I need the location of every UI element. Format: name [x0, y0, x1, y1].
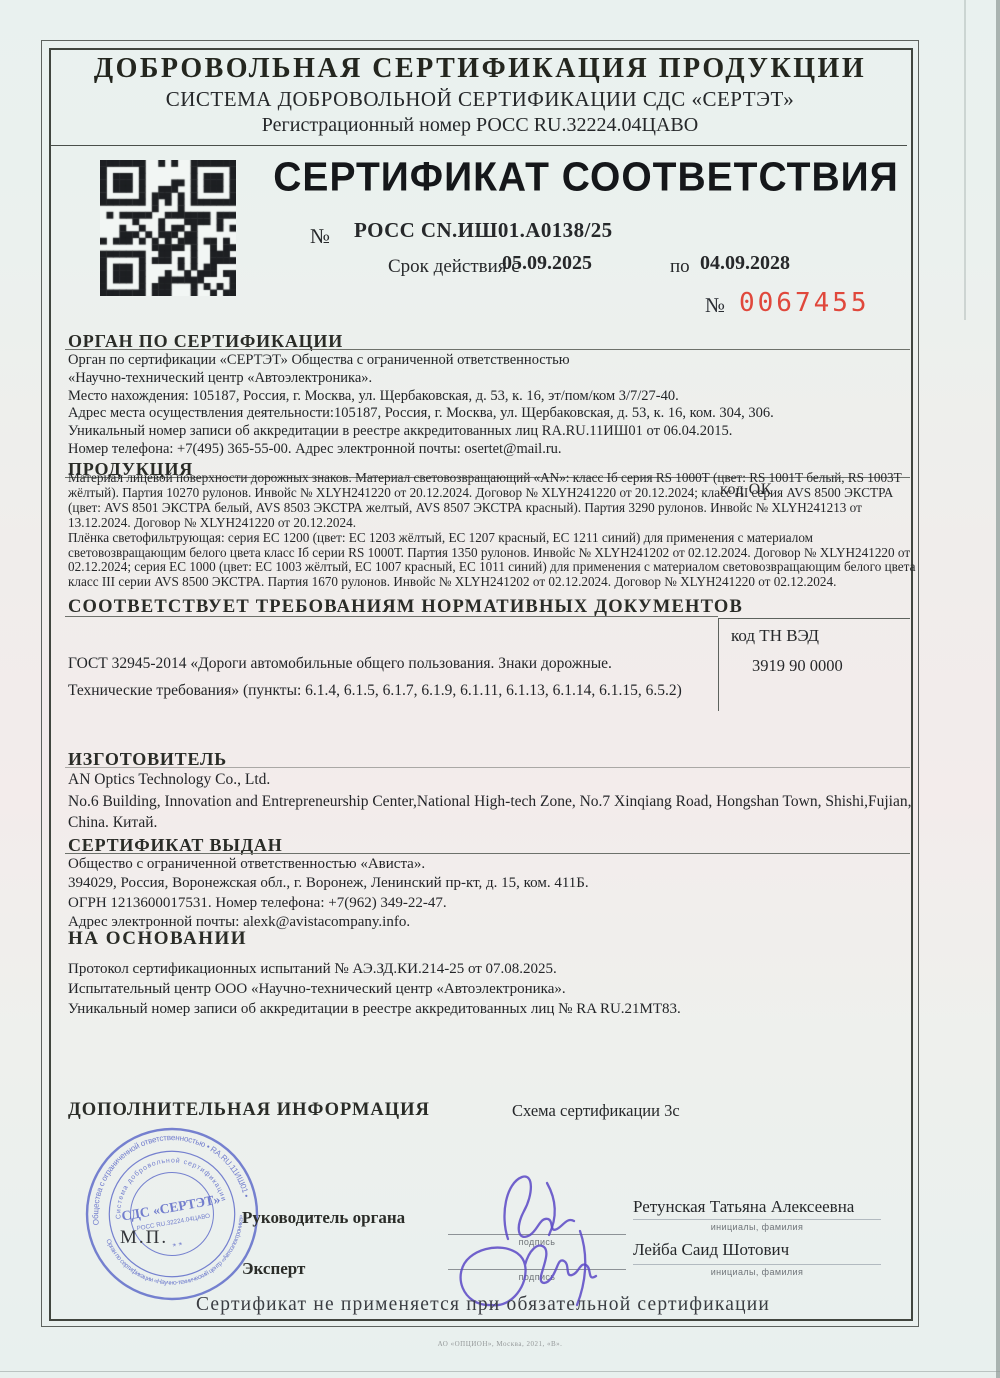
- certificate-page: ДОБРОВОЛЬНАЯ СЕРТИФИКАЦИЯ ПРОДУКЦИИ СИСТ…: [0, 0, 1000, 1378]
- system-subtitle: СИСТЕМА ДОБРОВОЛЬНОЙ СЕРТИФИКАЦИИ СДС «С…: [52, 87, 908, 112]
- head-signature-ink: [504, 1177, 574, 1239]
- tnved-code-value: 3919 90 0000: [752, 656, 843, 676]
- scan-crease: [964, 0, 966, 320]
- stamp-stars: * *: [172, 1240, 184, 1252]
- head-signature-ink-accent: [547, 1183, 555, 1235]
- certificate-number: РОСС CN.ИШ01.А0138/25: [354, 218, 613, 243]
- scan-bottom-edge: [0, 1371, 1000, 1372]
- expert-role-label: Эксперт: [242, 1259, 305, 1279]
- production-paragraph-2: Плёнка светофильтрующая: серия ЕС 1200 (…: [68, 531, 926, 591]
- rule-manufacturer: [65, 767, 910, 768]
- qr-code: [100, 160, 236, 296]
- header-separator: [51, 145, 907, 146]
- production-paragraph-1: Материал лицевой поверхности дорожных зн…: [68, 471, 926, 531]
- section-heading-compliance: СООТВЕТСТВУЕТ ТРЕБОВАНИЯМ НОРМАТИВНЫХ ДО…: [68, 597, 743, 618]
- certification-scheme: Схема сертификации 3с: [512, 1101, 680, 1121]
- ok-code-label: код ОК: [720, 481, 772, 499]
- rule-compliance: [65, 616, 718, 617]
- certificate-number-label: №: [310, 224, 330, 249]
- basis-details: Протокол сертификационных испытаний № АЭ…: [68, 959, 926, 1019]
- section-heading-basis: НА ОСНОВАНИИ: [68, 928, 247, 950]
- tnved-code-label: код ТН ВЭД: [731, 626, 819, 646]
- rule-issued-to: [65, 853, 910, 854]
- head-role-label: Руководитель органа: [242, 1208, 405, 1228]
- manufacturer-details: AN Optics Technology Co., Ltd. No.6 Buil…: [68, 769, 928, 834]
- validity-from-date: 05.09.2025: [502, 252, 592, 275]
- validity-to-date: 04.09.2028: [700, 252, 790, 275]
- blank-number-label: №: [705, 293, 725, 318]
- rule-certification-body: [65, 349, 910, 350]
- section-heading-additional-info: ДОПОЛНИТЕЛЬНАЯ ИНФОРМАЦИЯ: [68, 1100, 430, 1121]
- validity-to-label: по: [670, 256, 690, 278]
- issued-to-details: Общество с ограниченной ответственностью…: [68, 855, 926, 932]
- validity-label: Срок действия с: [388, 256, 520, 278]
- certification-body-details: Орган по сертификации «СЕРТЭТ» Общества …: [68, 352, 926, 459]
- stamp-place-label: М.П.: [120, 1227, 168, 1249]
- registration-number: Регистрационный номер РОСС RU.32224.04ЦА…: [52, 114, 908, 137]
- production-details: Материал лицевой поверхности дорожных зн…: [68, 471, 926, 590]
- system-title: ДОБРОВОЛЬНАЯ СЕРТИФИКАЦИЯ ПРОДУКЦИИ: [52, 53, 908, 85]
- print-house-note: АО «ОПЦИОН», Москва, 2021, «В».: [0, 1340, 1000, 1348]
- blank-serial-number: 0067455: [739, 288, 870, 318]
- gost-standard-text: ГОСТ 32945-2014 «Дороги автомобильные об…: [68, 650, 723, 704]
- scan-edge-right: [996, 0, 1000, 1378]
- certificate-title: СЕРТИФИКАТ СООТВЕТСТВИЯ: [262, 155, 910, 201]
- bottom-note: Сертификат не применяется при обязательн…: [55, 1294, 911, 1316]
